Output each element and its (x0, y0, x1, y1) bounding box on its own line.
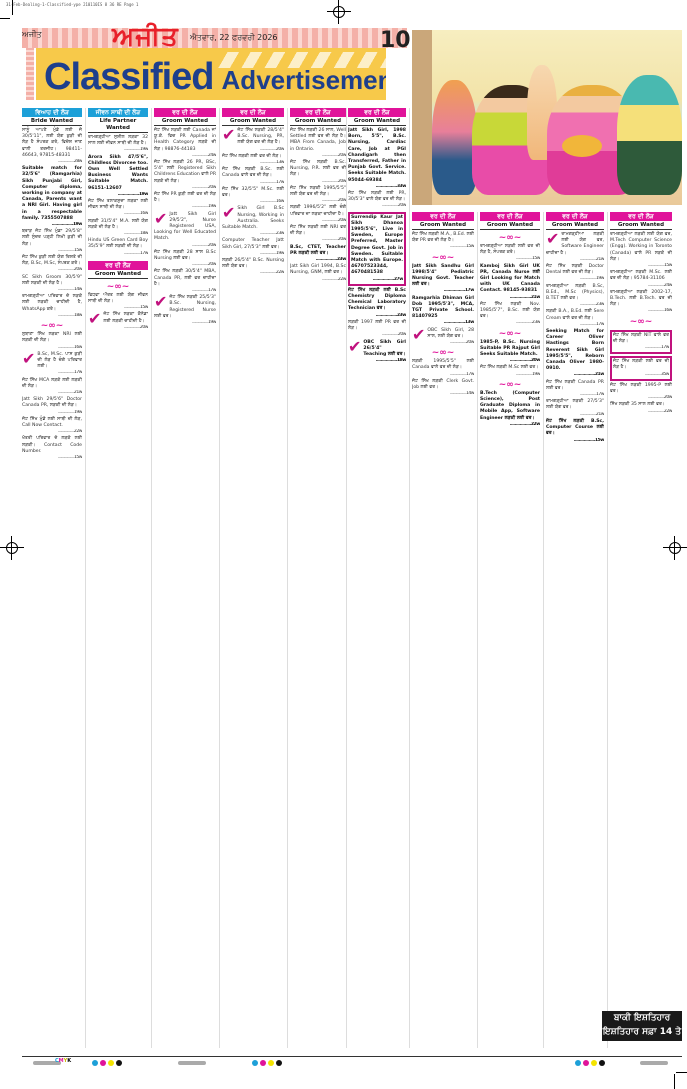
ad-column-6: ਵਰ ਦੀ ਲੋੜ Groom Wanted Jatt Sikh Girl, 1… (348, 108, 406, 1053)
publication-label: ਅਜੀਤ (22, 30, 42, 40)
column-header: ਵਰ ਦੀ ਲੋੜ (290, 108, 346, 117)
ad-column-5: ਵਰ ਦੀ ਲੋੜ Groom Wanted ਜੱਟ ਸਿੱਖ ਲੜਕੀ 26 … (290, 108, 346, 1053)
color-swatch-magenta (100, 1060, 106, 1066)
script-ornament: ~∞~ (412, 347, 474, 359)
classified-ad: ਜੱਟ ਸਿੱਖ ਲੜਕੀ 1995-P ਲਈ ਵਰ।.............… (610, 383, 672, 402)
classified-ad: ਸਿੱਖ ਲੜਕੀ 35 ਸਾਲ ਲਈ ਵਰ।.................… (610, 402, 672, 414)
column-subheader: Life Partner Wanted (88, 118, 148, 133)
classified-ad: ਬਰਾੜ ਜੱਟ ਸਿੱਖ ਮੁੰਡਾ 29/5'8" ਲਈ ਸੁੰਦਰ ਪੜ੍… (22, 229, 82, 254)
checkmark-icon: ✔ (348, 340, 361, 354)
script-ornament: ~∞~ (480, 328, 540, 340)
continued-notice: ਬਾਕੀ ਇਸ਼ਤਿਹਾਰ ਇਸ਼ਤਿਹਾਰ ਸਫ਼ਾ 14 ਤੇ (602, 1011, 682, 1041)
ad-column-3: ਵਰ ਦੀ ਲੋੜ Groom Wanted ਜੱਟ ਸਿੱਖ ਲੜਕੀ ਲਈ … (154, 108, 216, 1053)
classified-ad: ✔B.Sc, M.Sc. ਪਾਸ ਕੁੜੀ ਦੀ ਲੋੜ ਹੈ ਚੰਗੇ ਪਰਿ… (22, 352, 82, 377)
script-ornament: ~∞~ (480, 232, 540, 244)
color-swatch-yellow (108, 1060, 114, 1066)
print-slug: 31-Feb-Dealing-1-Classified-ype 210110IS… (6, 2, 138, 7)
checkmark-icon: ✔ (22, 352, 35, 366)
classified-ad: ਜੱਟ ਸਿੱਖ ਲੜਕੀ M.Sc ਲਈ ਵਰ।...............… (480, 365, 540, 377)
color-swatch-magenta (260, 1060, 266, 1066)
classified-ad: ਲੜਕੀ 1997 ਲਈ PR ਵਰ ਦੀ ਲੋੜ।..............… (348, 320, 406, 339)
classified-ad: ਜੱਟ ਸਿੱਖ ਲੜਕੀ ਲਈ PR, 30/5'3" ਵਾਲੇ ਯੋਗ ਵਰ… (348, 191, 406, 210)
checkmark-icon: ✔ (546, 232, 559, 246)
color-swatch-black (599, 1060, 605, 1066)
classified-ad: ਜੱਟ ਸਿੱਖ ਲੜਕੀ Nov. 1985/5'7", B.Sc. ਲਈ ਯ… (480, 302, 540, 327)
checkmark-icon: ✔ (222, 206, 235, 220)
classified-ad: ਜੱਟ ਸਿੱਖ ਲੜਕੀ 26 ਸਾਲ, Well Settled ਲਈ ਵਰ… (290, 128, 346, 159)
classified-ad: ਜੱਟ ਸਿੱਖ ਲੜਕੀ ਲਈ ਵਰ ਦੀ ਲੋੜ।.............… (222, 154, 284, 166)
classified-ad: ਰਾਮਗੜ੍ਹੀਆ ਲੜਕੀ ਲਈ ਯੋਗ ਵਰ, M.Tech Compute… (610, 232, 672, 269)
classified-ad: ਲੁਬਾਣਾ ਸਿੱਖ ਲੜਕਾ NRI ਲਈ ਲੜਕੀ ਦੀ ਲੋੜ।....… (22, 332, 82, 351)
classified-ad: Jatt Sikh 29/5'6" Doctor Canada PR, ਲੜਕੀ… (22, 397, 82, 416)
gray-bar (178, 1061, 206, 1065)
classified-ad: ✔ਜੱਟ ਸਿੱਖ ਲੜਕੀ 28/5'4" B.Sc. Nursing, PR… (222, 128, 284, 153)
classified-ad: ✔ਰਾਮਗੜ੍ਹੀਆ ਲੜਕੀ ਲਈ ਯੋਗ ਵਰ, Software Engi… (546, 232, 604, 263)
classified-ad: Jatt Sikh Sandhu Girl 1998/5'4" Pediatri… (412, 264, 474, 295)
featured-ad-box: ਜੱਟ ਸਿੱਖ ਲੜਕੀ ਲਈ ਵਰ ਦੀ ਲੋੜ ਹੈ।..........… (610, 356, 672, 381)
column-header: ਵਰ ਦੀ ਲੋੜ (480, 212, 540, 221)
classified-ad: ਖੱਤਰੀ ਪਰਿਵਾਰ ਦੇ ਲੜਕੇ ਲਈ ਲੜਕੀ। Contact Co… (22, 436, 82, 461)
classified-ad: ਜੱਟ ਸਿੱਖ ਲੜਕੀ B.Sc. ਲਈ Canada ਵਾਲੇ ਵਰ ਦੀ… (222, 167, 284, 186)
column-header: ਜੀਵਨ ਸਾਥੀ ਦੀ ਲੋੜ (88, 108, 148, 117)
column-subheader: Groom Wanted (610, 222, 672, 230)
classified-ad: ✔Jatt Sikh Girl 29/5'2", Nurse Registere… (154, 212, 216, 249)
classified-ad: ਜੱਟ ਸਿੱਖ ਲੜਕੀ 30/5'4" MBA, Canada PR, ਲਈ… (154, 269, 216, 294)
color-swatch-cyan (575, 1060, 581, 1066)
bottom-rule (22, 1056, 682, 1057)
column-header: ਵਰ ਦੀ ਲੋੜ (610, 212, 672, 221)
classified-ad: ਜੱਟ ਸਿੱਖ ਲੜਕੀ B.Sc. Nursing, P.R. ਲਈ ਵਰ … (290, 160, 346, 185)
classified-ad: ਜੱਟ ਸਿੱਖ ਤਲਾਕਸ਼ੁਦਾ ਲੜਕਾ ਲਈ ਜੀਵਨ ਸਾਥੀ ਦੀ … (88, 199, 148, 218)
column-subheader: Groom Wanted (348, 118, 406, 126)
decorative-stripe (26, 48, 34, 100)
classified-ad: Hindu US Green Card Boy 35/5'9" ਲਈ ਲੜਕੀ … (88, 238, 148, 257)
ad-column-7: ਵਰ ਦੀ ਲੋੜ Groom Wanted ਜੱਟ ਸਿੱਖ ਲੜਕੀ M.A… (412, 212, 474, 1053)
classified-ad: ਜੱਟ ਸਿੱਖ MCA ਲੜਕੇ ਲਈ ਲੜਕੀ ਦੀ ਲੋੜ।.......… (22, 378, 82, 397)
classified-ad: ✔Sikh Girl B.Sc Nursing, Working in Aust… (222, 206, 284, 237)
cmyk-label: CMYK (55, 1058, 71, 1064)
classified-ad: ਜੱਟ ਸਿੱਖ ਲੜਕੀ Clerk Govt. Job ਲਈ ਵਰ।....… (412, 379, 474, 398)
color-swatch-black (116, 1060, 122, 1066)
classified-ad: ਰਾਮਗੜ੍ਹੀਆ ਪਰਿਵਾਰ ਦੇ ਲੜਕੇ ਲਈ ਲੜਕੀ ਚਾਹੀਦੀ … (22, 294, 82, 319)
classified-ad: ਜੱਟ ਸਿੱਖ ਲੜਕੀ Doctor Dental ਲਈ ਵਰ ਦੀ ਲੋੜ… (546, 264, 604, 283)
classified-ad: 1985-P, B.Sc. Nursing Suitable PR Rajput… (480, 340, 540, 365)
classified-ad: ਜੱਟ ਸਿੱਖ ਲੜਕੀ 1995/5'5" ਲਈ ਯੋਗ ਵਰ ਦੀ ਲੋੜ… (290, 186, 346, 205)
classified-ad: ✔OBC Sikh Girl 26/5'4" Teaching ਲਈ ਵਰ।..… (348, 340, 406, 365)
classified-ad: ✔OBC Sikh Girl, 28 ਸਾਲ, ਲਈ ਯੋਗ ਵਰ।......… (412, 328, 474, 347)
color-swatch-yellow (268, 1060, 274, 1066)
classified-ad: SC Sikh Groom 30/5'9" ਲਈ ਲੜਕੀ ਦੀ ਲੋੜ ਹੈ।… (22, 275, 82, 294)
classified-ad: ਰਾਮਗੜ੍ਹੀਆ ਲੜਕੀ M.Sc. ਲਈ ਵਰ ਦੀ ਲੋੜ। 95784… (610, 270, 672, 289)
classified-ad: ਜੱਟ ਸਿੱਖ ਲੜਕੀ ਲਈ NRI ਵਰ ਦੀ ਲੋੜ।.........… (290, 225, 346, 244)
column-subheader: Bride Wanted (22, 118, 82, 126)
classified-ad: Seeking Match for Career Oliver Hastings… (546, 329, 604, 379)
classified-ad: Kamboj Sikh Girl UK PR, Canada Nurse ਲਈ … (480, 264, 540, 301)
column-subheader: Groom Wanted (290, 118, 346, 126)
script-ornament: ~∞~ (412, 252, 474, 264)
color-swatch-yellow (591, 1060, 597, 1066)
checkmark-icon: ✔ (222, 128, 235, 142)
ad-column-8: ਵਰ ਦੀ ਲੋੜ Groom Wanted ~∞~ ਰਾਮਗੜ੍ਹੀਆ ਲੜਕ… (480, 212, 540, 1053)
script-ornament: ~∞~ (610, 316, 672, 328)
script-ornament: ~∞~ (480, 379, 540, 391)
classified-ad: ✔ਜੱਟ ਸਿੱਖ ਲੜਕੀ 25/5'3" B.Sc. Nursing, Re… (154, 295, 216, 326)
classified-ad: B.Tech (Computer Science), Post Graduate… (480, 391, 540, 428)
crop-mark (12, 0, 13, 15)
column-subheader: Groom Wanted (154, 118, 216, 126)
classified-ad: Ramgarhia Dhiman Girl Dob 1995/5'3", MCA… (412, 296, 474, 327)
gray-bar (640, 1061, 668, 1065)
column-header: ਵਰ ਦੀ ਲੋੜ (222, 108, 284, 117)
classified-ad: ਲੜਕੀ 26/5'4" B.Sc. Nursing ਲਈ ਯੋਗ ਵਰ।...… (222, 258, 284, 277)
featured-ad-box: ਜੱਟ ਸਿੱਖ ਲੜਕੀ NIT ਵਾਲੇ ਵਰ ਦੀ ਲੋੜ।.......… (610, 330, 672, 355)
script-ornament: ~∞~ (22, 320, 82, 332)
banner-title-advertisement: Advertisement (222, 65, 386, 95)
classified-ad: ਲੜਕੀ 1995/5'5" ਲਈ Canada ਵਾਲੇ ਵਰ ਦੀ ਲੋੜ।… (412, 359, 474, 378)
column-header: ਵਰ ਦੀ ਲੋੜ (154, 108, 216, 117)
classified-ad: Computer Teacher Jatt Sikh Girl, 27/5'3"… (222, 238, 284, 257)
checkmark-icon: ✔ (412, 328, 425, 342)
classified-banner: ClassifiedAdvertisement (36, 48, 386, 100)
ad-column-2: ਜੀਵਨ ਸਾਥੀ ਦੀ ਲੋੜ Life Partner Wanted ਰਾਮ… (88, 108, 148, 1053)
classified-ad: ਰਾਮਗੜ੍ਹੀਆ ਲੜਕੀ B.Sc, B.Ed., M.Sc (Physic… (546, 284, 604, 309)
column-subheader: Groom Wanted (88, 271, 148, 279)
checkmark-icon: ✔ (154, 295, 167, 309)
ad-column-1: ਵਿਆਹ ਦੀ ਲੋੜ Bride Wanted ਸਾਨੂੰ ਆਪਣੇ ਮੁੰਡ… (22, 108, 82, 1053)
color-swatch-cyan (252, 1060, 258, 1066)
color-swatch-cyan (92, 1060, 98, 1066)
script-ornament: ~∞~ (88, 281, 148, 293)
classified-ad: ✔ਜੱਟ ਸਿੱਖ ਲੜਕਾ ਕੈਨੇਡਾ ਲਈ ਲੜਕੀ ਚਾਹੀਦੀ ਹੈ।… (88, 312, 148, 331)
classified-ad: ਜੱਟ ਸਿੱਖ PR ਕੁੜੀ ਲਈ ਵਰ ਦੀ ਲੋੜ ਹੈ।.......… (154, 192, 216, 211)
registration-mark-icon (327, 0, 351, 24)
classified-ad: ਲੜਕੀ 1996/5'2" ਲਈ ਚੰਗੇ ਪਰਿਵਾਰ ਦਾ ਲੜਕਾ ਚਾ… (290, 205, 346, 224)
ad-column-10: ਵਰ ਦੀ ਲੋੜ Groom Wanted ਰਾਮਗੜ੍ਹੀਆ ਲੜਕੀ ਲਈ… (610, 212, 672, 1002)
color-swatch-black (276, 1060, 282, 1066)
classified-ad: ਲੜਕੀ B.A., B.Ed. ਲਈ Sere Cream ਵਾਲੇ ਵਰ ਦ… (546, 309, 604, 328)
classified-ad: B.Sc, CTET, Teacher PR ਲੜਕੀ ਲਈ ਵਰ।......… (290, 245, 346, 264)
classified-ad: Jatt Sikh Girl 1994, B.Sc Nursing, GNM, … (290, 264, 346, 283)
color-swatch-magenta (583, 1060, 589, 1066)
column-subheader: Groom Wanted (412, 222, 474, 230)
issue-date: ਐਤਵਾਰ, 22 ਫਰਵਰੀ 2026 (190, 33, 278, 43)
classified-ad: Suitable match for 32/5'6" (Ramgarhia) S… (22, 166, 82, 228)
classified-ad: ਰਾਮਗੜ੍ਹੀਆ ਲੜਕੀ 27/5'3" ਲਈ ਯੋਗ ਵਰ।.......… (546, 399, 604, 418)
crop-mark (0, 18, 10, 19)
crop-mark (676, 1072, 687, 1073)
classified-ad: ਜੱਟ ਸਿੱਖ ਮੁੰਡੇ ਲਈ ਸਾਥੀ ਦੀ ਲੋੜ, Call Now … (22, 417, 82, 436)
ad-column-9: ਵਰ ਦੀ ਲੋੜ Groom Wanted ✔ਰਾਮਗੜ੍ਹੀਆ ਲੜਕੀ ਲ… (546, 212, 604, 1053)
checkmark-icon: ✔ (88, 312, 101, 326)
classified-ad: Jatt Sikh Girl, 1998 Born, 5'5", B.Sc. N… (348, 128, 406, 190)
registration-mark-icon (0, 536, 24, 560)
classified-ad: ਰਾਮਗੜ੍ਹੀਆ ਲੜਕੀ ਲਈ ਵਰ ਦੀ ਲੋੜ ਹੈ, ਸੰਪਰਕ ਕਰ… (480, 244, 540, 263)
illustration-punjabi-women (412, 30, 682, 205)
classified-ad: ਜੱਟ ਸਿੱਖ ਲੜਕੀ M.A., B.Ed. ਲਈ ਯੋਗ PR ਵਰ ਦ… (412, 232, 474, 251)
classified-ad: ਜੱਟ ਸਿੱਖ ਲੜਕੀ 28 ਸਾਲ B.Sc Nursing ਲਈ ਵਰ।… (154, 250, 216, 269)
classified-ad: ਜੱਟ ਸਿੱਖ ਲੜਕੀ Canada PR ਲਈ ਵਰ।..........… (546, 380, 604, 399)
classified-ad: ਸਾਨੂੰ ਆਪਣੇ ਮੁੰਡੇ ਲਈ ਜੋ 30/5'11", ਲਈ ਯੋਗ … (22, 128, 82, 165)
banner-title-classified: Classified (44, 56, 214, 98)
column-header: ਵਰ ਦੀ ਲੋੜ (546, 212, 604, 221)
column-subheader: Groom Wanted (546, 222, 604, 230)
classified-ad: ਰਾਮਗੜ੍ਹੀਆ ਲੜਕੀ 2002-17, B.Tech. ਲਈ B.Tec… (610, 290, 672, 315)
crop-mark (674, 1074, 675, 1089)
column-header: ਵਰ ਦੀ ਲੋੜ (348, 108, 406, 117)
classified-ad: ਰਾਮਗੜ੍ਹੀਆ ਸੁਸ਼ੀਲ ਲੜਕਾ 32 ਸਾਲ ਲਈ ਜੀਵਨ ਸਾਥ… (88, 135, 148, 154)
ad-column-4: ਵਰ ਦੀ ਲੋੜ Groom Wanted ✔ਜੱਟ ਸਿੱਖ ਲੜਕੀ 28… (222, 108, 284, 1053)
classified-ad: ਲੜਕੀ 31/5'4" M.A. ਲਈ ਯੋਗ ਲੜਕੇ ਦੀ ਲੋੜ ਹੈ।… (88, 219, 148, 238)
column-header: ਵਿਆਹ ਦੀ ਲੋੜ (22, 108, 82, 117)
classified-ad: ਜੱਟ ਸਿੱਖ ਲੜਕੀ ਲਈ B.Sc Chemistry Diploma … (348, 288, 406, 319)
checkmark-icon: ✔ (154, 212, 167, 226)
classified-ad: ਜੱਟ ਸਿੱਖ ਲੜਕੀ 26 PR, BSc, 5'4" ਲਈ Regist… (154, 160, 216, 191)
classified-ad: ਜੱਟ ਸਿੱਖ ਕੁੜੀ ਲਈ ਯੋਗ ਰਿਸ਼ਤੇ ਦੀ ਲੋੜ, B.Sc… (22, 255, 82, 274)
column-subheader: Groom Wanted (222, 118, 284, 126)
featured-ad-box: Surrendip Kaur Jat Sikh Dhanoa 1995/5'6"… (348, 212, 406, 286)
column-subheader: Groom Wanted (480, 222, 540, 230)
column-header: ਵਰ ਦੀ ਲੋੜ (412, 212, 474, 221)
classified-ad: Arora Sikh 47/5'6", Childless Divorcee t… (88, 155, 148, 198)
classified-ad: ਜੱਟ ਸਿੱਖ ਲੜਕੀ ਲਈ Canada ਜਾਂ ਯੂ.ਕੇ. ਵਿਚ P… (154, 128, 216, 159)
column-header: ਵਰ ਦੀ ਲੋੜ (88, 261, 148, 270)
classified-ad: ਜੱਟ ਸਿੱਖ ਲੜਕੀ B.Sc, Computer Course ਲਈ ਵ… (546, 419, 604, 444)
